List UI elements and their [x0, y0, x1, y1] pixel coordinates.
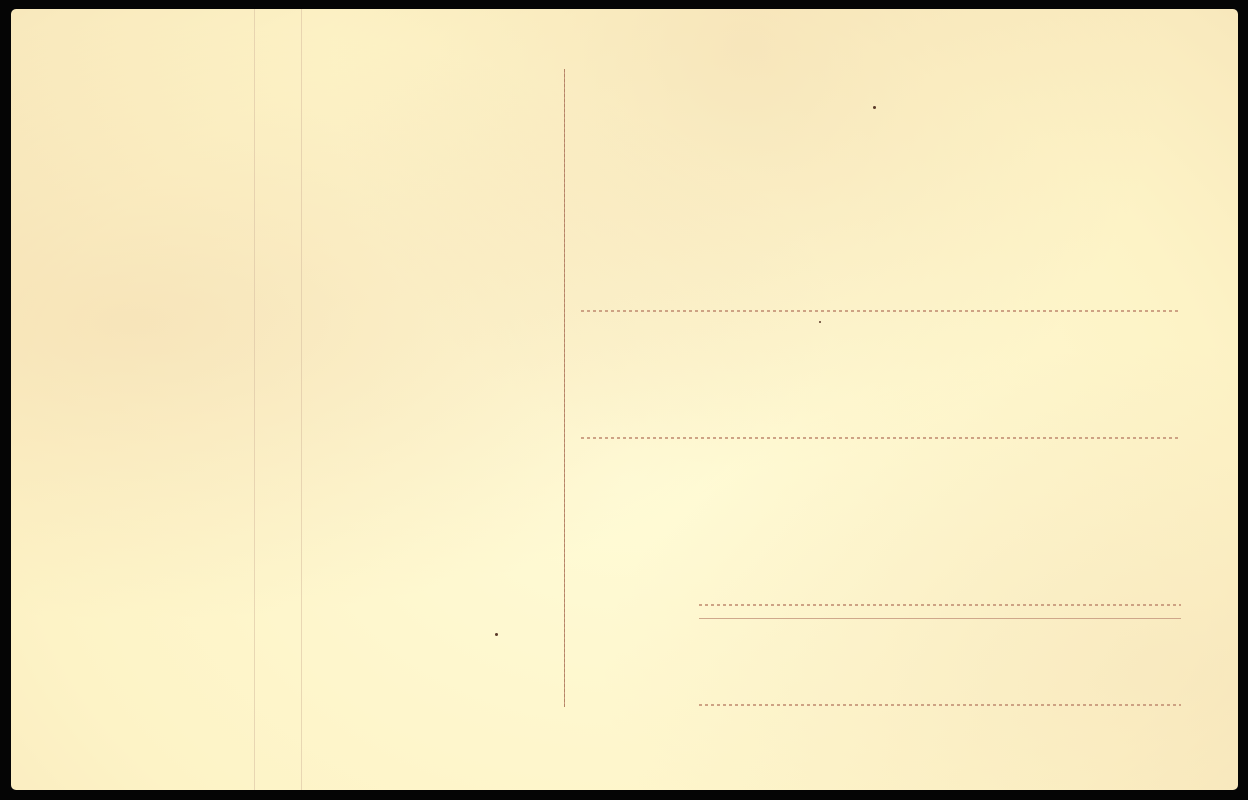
postcard-back [11, 9, 1238, 790]
address-line-1 [581, 310, 1181, 312]
paper-crease [301, 9, 302, 790]
address-line-3 [699, 604, 1181, 606]
paper-speck [495, 633, 498, 636]
paper-crease [254, 9, 255, 790]
address-line-4 [699, 704, 1181, 706]
paper-speck [819, 321, 821, 323]
center-divider-line [564, 69, 565, 707]
address-line-2 [581, 437, 1181, 439]
address-underline [699, 618, 1181, 619]
paper-speck [873, 106, 876, 109]
